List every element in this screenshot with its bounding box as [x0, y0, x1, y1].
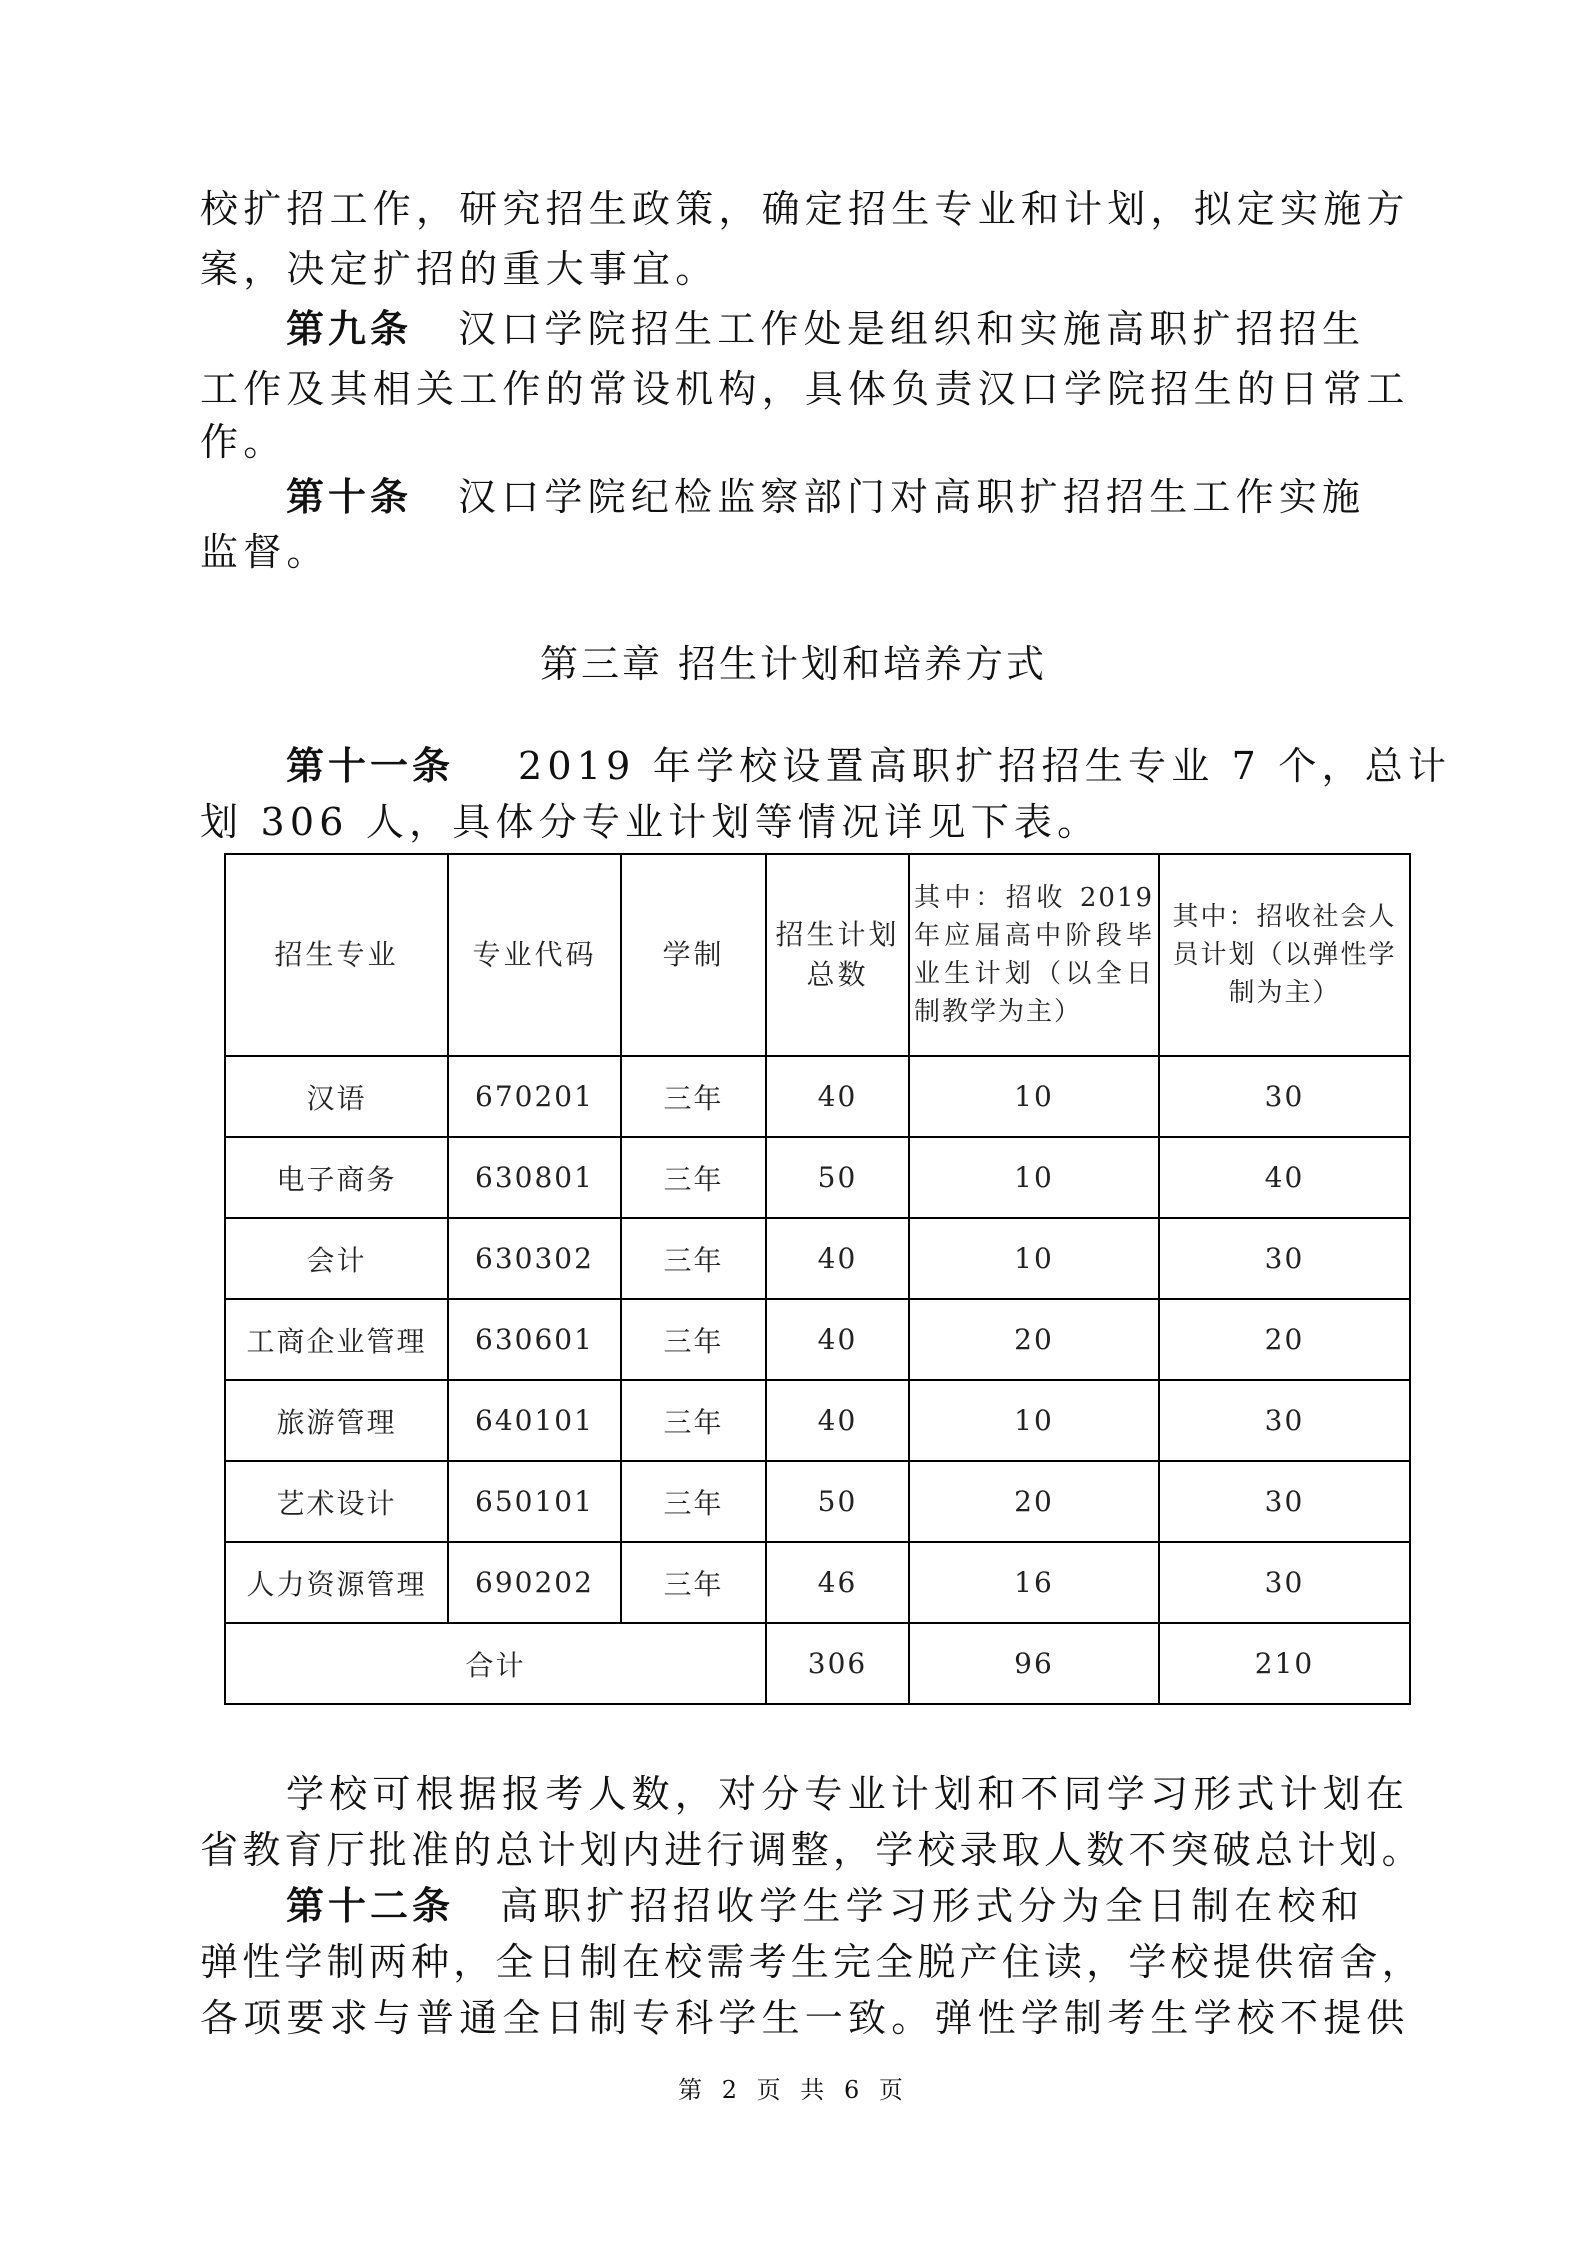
table-row: 汉语 670201 三年 40 10 30 — [225, 1056, 1410, 1137]
article-text: 汉口学院纪检监察部门对高职扩招招生工作实施 — [458, 475, 1365, 519]
cell-code: 690202 — [448, 1542, 621, 1623]
paragraph-line: 学校可根据报考人数，对分专业计划和不同学习形式计划在 — [200, 1770, 1486, 1818]
page-number: 第 2 页 共 6 页 — [0, 2070, 1587, 2105]
article-label: 第十二条 — [286, 1883, 454, 1928]
cell-code: 630801 — [448, 1137, 621, 1218]
article-10: 第十条汉口学院纪检监察部门对高职扩招招生工作实施 — [200, 473, 1486, 521]
cell-total: 40 — [766, 1299, 909, 1380]
cell-duration: 三年 — [621, 1380, 766, 1461]
paragraph-line: 工作及其相关工作的常设机构，具体负责汉口学院招生的日常工 — [200, 365, 1400, 413]
cell-social: 30 — [1159, 1218, 1410, 1299]
cell-duration: 三年 — [621, 1542, 766, 1623]
cell-fresh-grads: 20 — [909, 1461, 1159, 1542]
cell-major: 电子商务 — [225, 1137, 448, 1218]
cell-total-label: 合计 — [225, 1623, 766, 1704]
article-9: 第九条汉口学院招生工作处是组织和实施高职扩招招生 — [200, 305, 1486, 353]
header-total: 招生计划总数 — [766, 854, 909, 1056]
cell-fresh-grads: 96 — [909, 1623, 1159, 1704]
article-label: 第九条 — [286, 306, 412, 351]
enrollment-plan-table: 招生专业 专业代码 学制 招生计划总数 其中：招收 2019 年应届高中阶段毕业… — [224, 853, 1411, 1705]
article-text: 2019 年学校设置高职扩招招生专业 7 个，总计 — [518, 744, 1451, 788]
table-row: 旅游管理 640101 三年 40 10 30 — [225, 1380, 1410, 1461]
document-page: 校扩招工作，研究招生政策，确定招生专业和计划，拟定实施方 案，决定扩招的重大事宜… — [0, 0, 1587, 2245]
header-social: 其中：招收社会人员计划（以弹性学制为主） — [1159, 854, 1410, 1056]
paragraph-line: 作。 — [200, 418, 1400, 466]
cell-fresh-grads: 10 — [909, 1056, 1159, 1137]
cell-total: 50 — [766, 1137, 909, 1218]
table-total-row: 合计 306 96 210 — [225, 1623, 1410, 1704]
table-row: 艺术设计 650101 三年 50 20 30 — [225, 1461, 1410, 1542]
header-major: 招生专业 — [225, 854, 448, 1056]
cell-major: 旅游管理 — [225, 1380, 448, 1461]
cell-social: 30 — [1159, 1056, 1410, 1137]
cell-duration: 三年 — [621, 1056, 766, 1137]
cell-duration: 三年 — [621, 1299, 766, 1380]
cell-total: 306 — [766, 1623, 909, 1704]
cell-major: 人力资源管理 — [225, 1542, 448, 1623]
paragraph-line: 案，决定扩招的重大事宜。 — [200, 245, 1400, 293]
cell-major: 会计 — [225, 1218, 448, 1299]
cell-code: 630601 — [448, 1299, 621, 1380]
header-fresh-grads: 其中：招收 2019 年应届高中阶段毕业生计划（以全日制教学为主） — [909, 854, 1159, 1056]
header-code: 专业代码 — [448, 854, 621, 1056]
paragraph-line: 各项要求与普通全日制专科学生一致。弹性学制考生学校不提供 — [200, 1994, 1400, 2042]
cell-code: 650101 — [448, 1461, 621, 1542]
cell-social: 30 — [1159, 1542, 1410, 1623]
cell-social: 30 — [1159, 1380, 1410, 1461]
table-row: 电子商务 630801 三年 50 10 40 — [225, 1137, 1410, 1218]
cell-fresh-grads: 20 — [909, 1299, 1159, 1380]
article-text: 高职扩招招收学生学习形式分为全日制在校和 — [500, 1884, 1364, 1928]
table-header-row: 招生专业 专业代码 学制 招生计划总数 其中：招收 2019 年应届高中阶段毕业… — [225, 854, 1410, 1056]
cell-social: 30 — [1159, 1461, 1410, 1542]
paragraph-line: 省教育厅批准的总计划内进行调整，学校录取人数不突破总计划。 — [200, 1826, 1400, 1874]
cell-duration: 三年 — [621, 1461, 766, 1542]
cell-social: 40 — [1159, 1137, 1410, 1218]
cell-total: 46 — [766, 1542, 909, 1623]
header-duration: 学制 — [621, 854, 766, 1056]
paragraph-line: 划 306 人，具体分专业计划等情况详见下表。 — [200, 798, 1400, 846]
cell-fresh-grads: 10 — [909, 1380, 1159, 1461]
cell-social: 210 — [1159, 1623, 1410, 1704]
cell-total: 40 — [766, 1218, 909, 1299]
article-label: 第十条 — [286, 474, 412, 519]
paragraph-line: 监督。 — [200, 528, 1400, 576]
cell-total: 40 — [766, 1056, 909, 1137]
article-label: 第十一条 — [286, 743, 454, 788]
cell-code: 670201 — [448, 1056, 621, 1137]
chapter-title: 第三章 招生计划和培养方式 — [0, 640, 1587, 688]
cell-code: 630302 — [448, 1218, 621, 1299]
article-text: 汉口学院招生工作处是组织和实施高职扩招招生 — [458, 307, 1365, 351]
table-row: 工商企业管理 630601 三年 40 20 20 — [225, 1299, 1410, 1380]
table-row: 会计 630302 三年 40 10 30 — [225, 1218, 1410, 1299]
cell-major: 工商企业管理 — [225, 1299, 448, 1380]
paragraph-line: 校扩招工作，研究招生政策，确定招生专业和计划，拟定实施方 — [200, 185, 1400, 233]
table-row: 人力资源管理 690202 三年 46 16 30 — [225, 1542, 1410, 1623]
cell-major: 艺术设计 — [225, 1461, 448, 1542]
cell-social: 20 — [1159, 1299, 1410, 1380]
cell-fresh-grads: 16 — [909, 1542, 1159, 1623]
article-12: 第十二条高职扩招招收学生学习形式分为全日制在校和 — [200, 1882, 1486, 1930]
article-11: 第十一条2019 年学校设置高职扩招招生专业 7 个，总计 — [200, 742, 1486, 790]
cell-total: 50 — [766, 1461, 909, 1542]
cell-major: 汉语 — [225, 1056, 448, 1137]
cell-fresh-grads: 10 — [909, 1137, 1159, 1218]
cell-total: 40 — [766, 1380, 909, 1461]
paragraph-line: 弹性学制两种，全日制在校需考生完全脱产住读，学校提供宿舍， — [200, 1938, 1400, 1986]
cell-code: 640101 — [448, 1380, 621, 1461]
cell-duration: 三年 — [621, 1137, 766, 1218]
cell-fresh-grads: 10 — [909, 1218, 1159, 1299]
cell-duration: 三年 — [621, 1218, 766, 1299]
